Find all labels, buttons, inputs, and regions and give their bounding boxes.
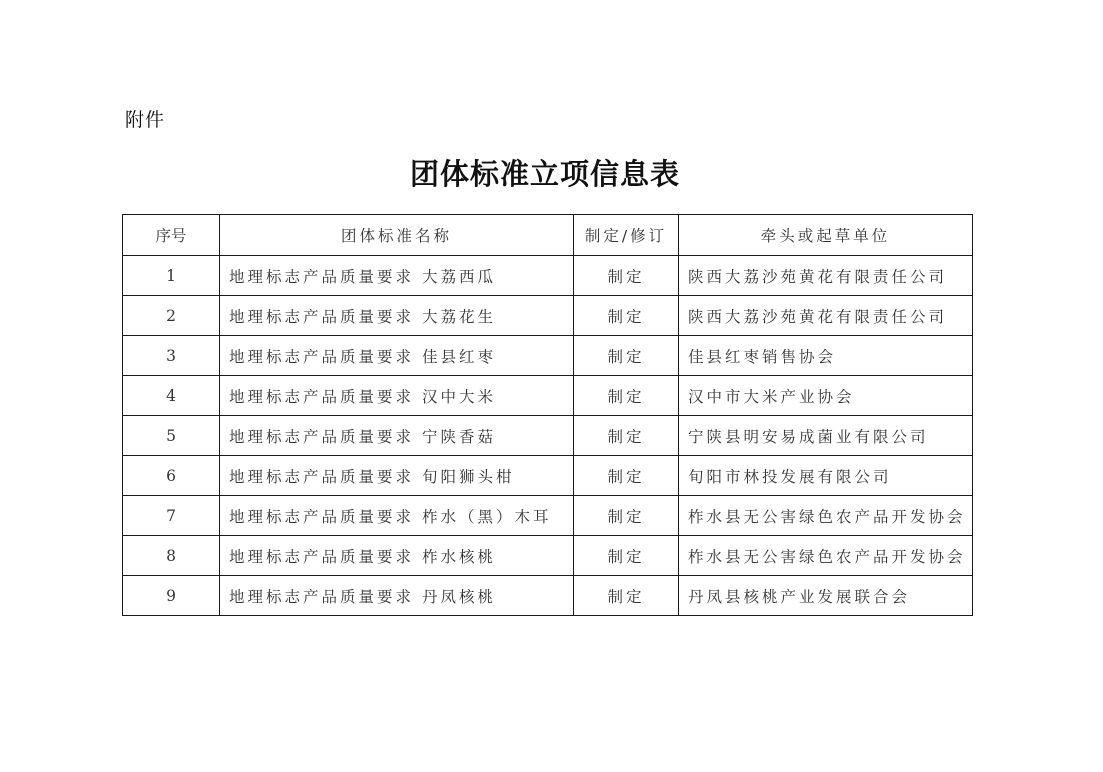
- table-row: 6地理标志产品质量要求旬阳狮头柑制定旬阳市林投发展有限公司: [123, 456, 973, 496]
- table-row: 9地理标志产品质量要求丹凤核桃制定丹凤县核桃产业发展联合会: [123, 576, 973, 616]
- standard-name-prefix: 地理标志产品质量要求: [229, 308, 414, 326]
- row-index: 8: [123, 536, 220, 576]
- row-type: 制定: [574, 416, 679, 456]
- standard-name-product: 旬阳狮头柑: [422, 468, 515, 486]
- header-index: 序号: [123, 215, 220, 256]
- table-row: 7地理标志产品质量要求柞水（黑）木耳制定柞水县无公害绿色农产品开发协会: [123, 496, 973, 536]
- row-index: 5: [123, 416, 220, 456]
- table-row: 4地理标志产品质量要求汉中大米制定汉中市大米产业协会: [123, 376, 973, 416]
- standard-name-prefix: 地理标志产品质量要求: [229, 588, 414, 606]
- row-organization: 汉中市大米产业协会: [679, 376, 973, 416]
- standard-name-prefix: 地理标志产品质量要求: [229, 388, 414, 406]
- document-title: 团体标准立项信息表: [0, 152, 1090, 193]
- row-type: 制定: [574, 576, 679, 616]
- row-index: 3: [123, 336, 220, 376]
- standard-name-prefix: 地理标志产品质量要求: [229, 348, 414, 366]
- row-organization: 陕西大荔沙苑黄花有限责任公司: [679, 256, 973, 296]
- standards-table: 序号 团体标准名称 制定/修订 牵头或起草单位 1地理标志产品质量要求大荔西瓜制…: [122, 214, 973, 616]
- row-organization: 旬阳市林投发展有限公司: [679, 456, 973, 496]
- standard-name-prefix: 地理标志产品质量要求: [229, 268, 414, 286]
- standard-name-product: 宁陕香菇: [422, 428, 496, 446]
- standard-name-product: 大荔花生: [422, 308, 496, 326]
- row-organization: 佳县红枣销售协会: [679, 336, 973, 376]
- table-header-row: 序号 团体标准名称 制定/修订 牵头或起草单位: [123, 215, 973, 256]
- standard-name-prefix: 地理标志产品质量要求: [229, 508, 414, 526]
- row-standard-name: 地理标志产品质量要求宁陕香菇: [220, 416, 574, 456]
- table-row: 3地理标志产品质量要求佳县红枣制定佳县红枣销售协会: [123, 336, 973, 376]
- row-index: 2: [123, 296, 220, 336]
- standard-name-product: 丹凤核桃: [422, 588, 496, 606]
- standard-name-prefix: 地理标志产品质量要求: [229, 548, 414, 566]
- row-organization: 陕西大荔沙苑黄花有限责任公司: [679, 296, 973, 336]
- row-type: 制定: [574, 536, 679, 576]
- header-name: 团体标准名称: [220, 215, 574, 256]
- row-index: 6: [123, 456, 220, 496]
- attachment-label: 附件: [125, 105, 165, 132]
- row-standard-name: 地理标志产品质量要求大荔西瓜: [220, 256, 574, 296]
- row-organization: 柞水县无公害绿色农产品开发协会: [679, 536, 973, 576]
- row-organization: 宁陕县明安易成菌业有限公司: [679, 416, 973, 456]
- row-type: 制定: [574, 456, 679, 496]
- row-index: 1: [123, 256, 220, 296]
- row-standard-name: 地理标志产品质量要求汉中大米: [220, 376, 574, 416]
- row-type: 制定: [574, 376, 679, 416]
- row-standard-name: 地理标志产品质量要求大荔花生: [220, 296, 574, 336]
- standard-name-product: 佳县红枣: [422, 348, 496, 366]
- row-standard-name: 地理标志产品质量要求丹凤核桃: [220, 576, 574, 616]
- row-standard-name: 地理标志产品质量要求旬阳狮头柑: [220, 456, 574, 496]
- row-organization: 丹凤县核桃产业发展联合会: [679, 576, 973, 616]
- table-row: 1地理标志产品质量要求大荔西瓜制定陕西大荔沙苑黄花有限责任公司: [123, 256, 973, 296]
- table-row: 5地理标志产品质量要求宁陕香菇制定宁陕县明安易成菌业有限公司: [123, 416, 973, 456]
- table-row: 2地理标志产品质量要求大荔花生制定陕西大荔沙苑黄花有限责任公司: [123, 296, 973, 336]
- row-index: 9: [123, 576, 220, 616]
- row-organization: 柞水县无公害绿色农产品开发协会: [679, 496, 973, 536]
- row-standard-name: 地理标志产品质量要求柞水（黑）木耳: [220, 496, 574, 536]
- row-type: 制定: [574, 336, 679, 376]
- standard-name-prefix: 地理标志产品质量要求: [229, 468, 414, 486]
- standard-name-product: 大荔西瓜: [422, 268, 496, 286]
- row-standard-name: 地理标志产品质量要求佳县红枣: [220, 336, 574, 376]
- header-type: 制定/修订: [574, 215, 679, 256]
- row-index: 7: [123, 496, 220, 536]
- standard-name-prefix: 地理标志产品质量要求: [229, 428, 414, 446]
- table-row: 8地理标志产品质量要求柞水核桃制定柞水县无公害绿色农产品开发协会: [123, 536, 973, 576]
- standard-name-product: 汉中大米: [422, 388, 496, 406]
- row-index: 4: [123, 376, 220, 416]
- row-type: 制定: [574, 496, 679, 536]
- row-standard-name: 地理标志产品质量要求柞水核桃: [220, 536, 574, 576]
- standard-name-product: 柞水（黑）木耳: [422, 508, 552, 526]
- row-type: 制定: [574, 296, 679, 336]
- row-type: 制定: [574, 256, 679, 296]
- header-organization: 牵头或起草单位: [679, 215, 973, 256]
- standard-name-product: 柞水核桃: [422, 548, 496, 566]
